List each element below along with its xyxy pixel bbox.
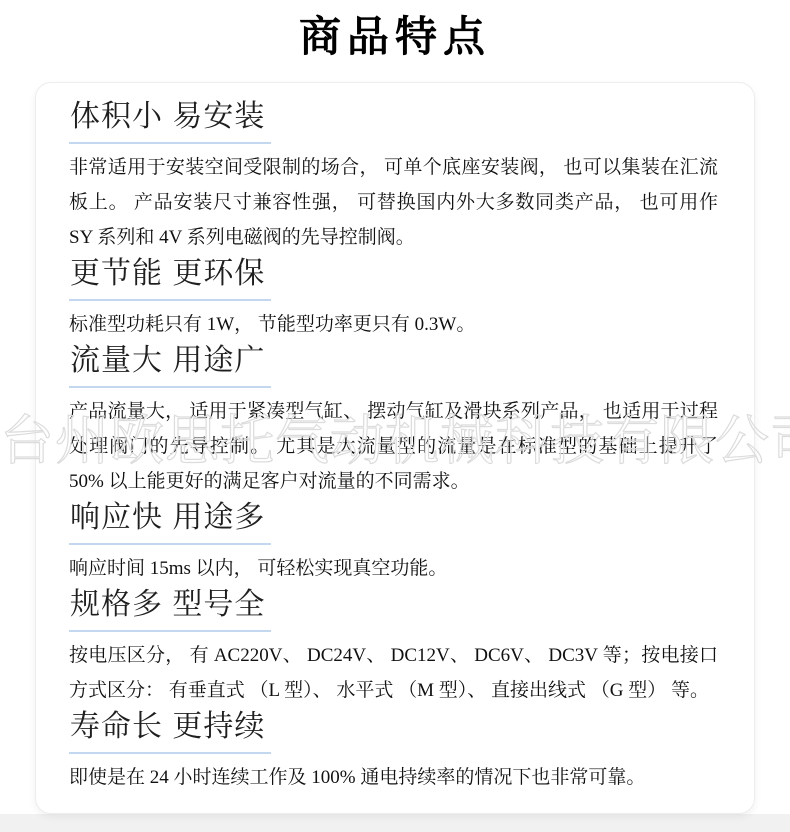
page-title: 商品特点 [0,4,790,64]
feature-section-volume: 体积小 易安装 非常适用于安装空间受限制的场合， 可单个底座安装阀， 也可以集装… [69,99,718,255]
feature-heading: 流量大 用途广 [69,343,271,388]
feature-body: 响应时间 15ms 以内， 可轻松实现真空功能。 [69,551,718,586]
footer-strip [0,814,790,832]
feature-body: 标准型功耗只有 1W， 节能型功率更只有 0.3W。 [69,307,718,342]
feature-body: 产品流量大， 适用于紧凑型气缸、 摆动气缸及滑块系列产品， 也适用于过程处理阀门… [69,394,718,499]
feature-section-energy: 更节能 更环保 标准型功耗只有 1W， 节能型功率更只有 0.3W。 [69,256,718,342]
feature-heading: 响应快 用途多 [69,500,271,545]
feature-section-specs: 规格多 型号全 按电压区分， 有 AC220V、 DC24V、 DC12V、 D… [69,587,718,708]
feature-section-lifespan: 寿命长 更持续 即使是在 24 小时连续工作及 100% 通电持续率的情况下也非… [69,709,718,795]
feature-body: 非常适用于安装空间受限制的场合， 可单个底座安装阀， 也可以集装在汇流板上。 产… [69,150,718,255]
feature-card-content: 体积小 易安装 非常适用于安装空间受限制的场合， 可单个底座安装阀， 也可以集装… [36,83,754,795]
feature-section-response: 响应快 用途多 响应时间 15ms 以内， 可轻松实现真空功能。 [69,500,718,586]
feature-body: 按电压区分， 有 AC220V、 DC24V、 DC12V、 DC6V、 DC3… [69,638,718,708]
feature-heading: 体积小 易安装 [69,99,271,144]
feature-body: 即使是在 24 小时连续工作及 100% 通电持续率的情况下也非常可靠。 [69,760,718,795]
feature-section-flow: 流量大 用途广 产品流量大， 适用于紧凑型气缸、 摆动气缸及滑块系列产品， 也适… [69,343,718,499]
feature-card: 体积小 易安装 非常适用于安装空间受限制的场合， 可单个底座安装阀， 也可以集装… [35,82,755,814]
feature-heading: 更节能 更环保 [69,256,271,301]
feature-heading: 寿命长 更持续 [69,709,271,754]
feature-heading: 规格多 型号全 [69,587,271,632]
